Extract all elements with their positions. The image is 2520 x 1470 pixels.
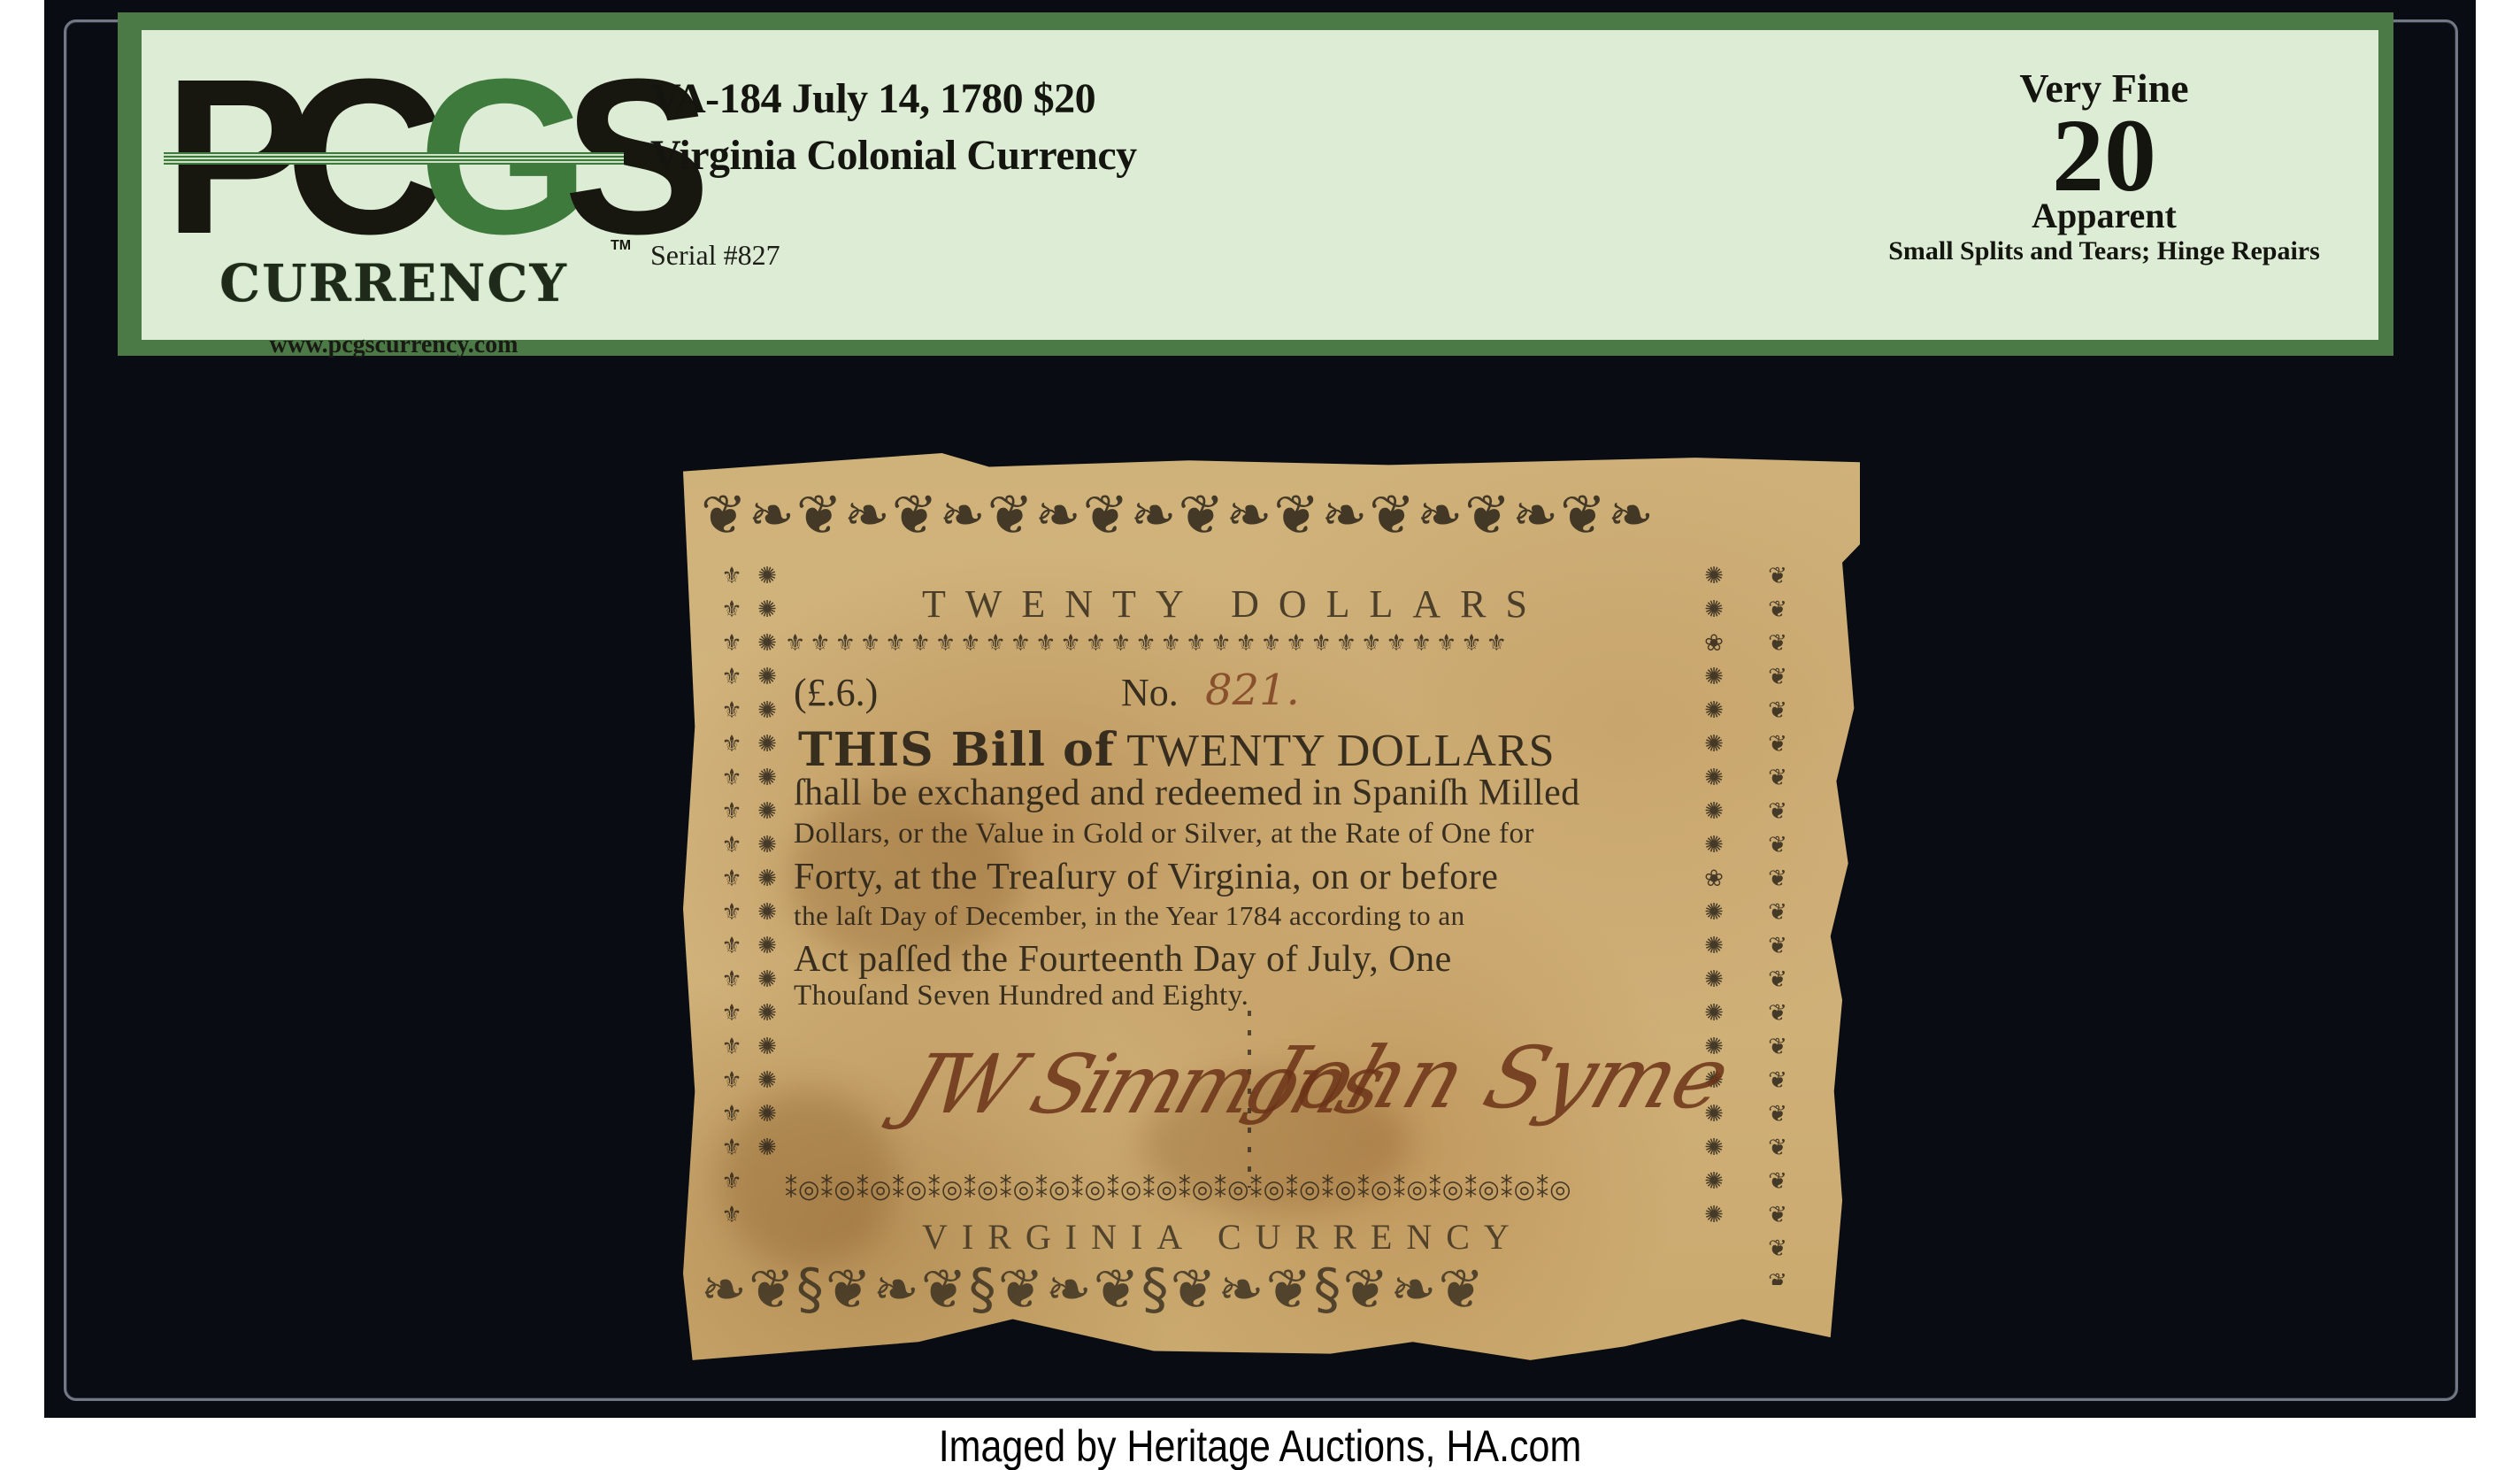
- logo-currency-word: CURRENCY: [164, 253, 624, 313]
- signature-syme: John Syme: [1251, 1028, 1742, 1128]
- serial-number: Serial #827: [650, 239, 780, 272]
- note-line-6: Act paſſed the Fourteenth Day of July, O…: [794, 938, 1452, 981]
- note-line-7: Thouſand Seven Hundred and Eighty.: [794, 980, 1248, 1012]
- image-credit-caption: Imaged by Heritage Auctions, HA.com: [176, 1421, 2343, 1470]
- blackletter-phrase: THIS Bill of: [798, 723, 1115, 777]
- note-line-1: THIS Bill of TWENTY DOLLARS: [798, 723, 1556, 777]
- handwritten-serial: 821.: [1205, 666, 1300, 715]
- pcgs-url: www.pcgscurrency.com: [164, 331, 624, 359]
- ornamental-band-row: ⁑◎⁑◎⁑◎⁑◎⁑◎⁑◎⁑◎⁑◎⁑◎⁑◎⁑◎⁑◎⁑◎⁑◎⁑◎⁑◎⁑◎⁑◎⁑◎⁑◎…: [785, 1174, 1687, 1204]
- bottom-ornamental-border: ❧❦§❦❧❦§❦❧❦§❦❧❦§❦❧❦: [701, 1254, 1816, 1325]
- number-label: No.: [1121, 670, 1179, 715]
- note-catalog-title: VA-184 July 14, 1780 $20: [650, 74, 1095, 123]
- right-inner-ornament-column: ✺✺❀✺✺✺✺✺✺❀✺✺✺✺✺✺✺✺✺✺: [1699, 559, 1729, 1250]
- note-line-3: Dollars, or the Value in Gold or Silver,…: [794, 818, 1534, 850]
- note-line-5: the laſt Day of December, in the Year 17…: [794, 900, 1465, 932]
- left-inner-ornament-column: ✺✺✺✺✺✺✺✺✺✺✺✺✺✺✺✺✺✺: [752, 559, 782, 1161]
- grade-number: 20: [1830, 115, 2378, 196]
- trademark-mark: TM: [611, 238, 631, 254]
- pcgs-grading-label: PCGS TM CURRENCY www.pcgscurrency.com VA…: [118, 12, 2393, 356]
- grade-qualifier: Apparent: [1830, 196, 2378, 235]
- note-line-2: ſhall be exchanged and redeemed in Spani…: [794, 772, 1580, 814]
- note-line-4: Forty, at the Treaſury of Virginia, on o…: [794, 856, 1498, 898]
- fleur-de-lis-row: ⚜⚜⚜⚜⚜⚜⚜⚜⚜⚜⚜⚜⚜⚜⚜⚜⚜⚜⚜⚜⚜⚜⚜⚜⚜⚜⚜⚜⚜: [785, 630, 1687, 657]
- right-outer-ornament-column: ❦❦❦❦❦❦❦❦❦❦❦❦❦❦❦❦❦❦❦❦❦❦: [1763, 559, 1793, 1285]
- note-header-denomination: TWENTY DOLLARS: [922, 581, 1547, 627]
- pound-value: (£.6.): [794, 670, 878, 715]
- note-footer-title: VIRGINIA CURRENCY: [922, 1216, 1524, 1258]
- denomination-text: TWENTY DOLLARS: [1126, 726, 1555, 776]
- colonial-banknote: ❦❧❦❧❦❧❦❧❦❧❦❧❦❧❦❧❦❧❦❧ ⚜⚜⚜⚜⚜⚜⚜⚜⚜⚜⚜⚜⚜⚜⚜⚜⚜⚜⚜…: [683, 453, 1860, 1365]
- top-ornamental-border: ❦❧❦❧❦❧❦❧❦❧❦❧❦❧❦❧❦❧❦❧: [701, 480, 1816, 550]
- grade-comments: Small Splits and Tears; Hinge Repairs: [1830, 235, 2378, 267]
- pcgs-currency-logo: PCGS TM CURRENCY www.pcgscurrency.com: [164, 65, 624, 313]
- label-panel: PCGS TM CURRENCY www.pcgscurrency.com VA…: [142, 30, 2378, 340]
- grade-block: Very Fine 20 Apparent Small Splits and T…: [1830, 65, 2378, 267]
- note-series-subtitle: Virginia Colonial Currency: [650, 131, 1137, 180]
- logo-stripe-bar: [164, 152, 624, 165]
- left-outer-ornament-column: ⚜⚜⚜⚜⚜⚜⚜⚜⚜⚜⚜⚜⚜⚜⚜⚜⚜⚜⚜⚜⚜: [717, 559, 747, 1232]
